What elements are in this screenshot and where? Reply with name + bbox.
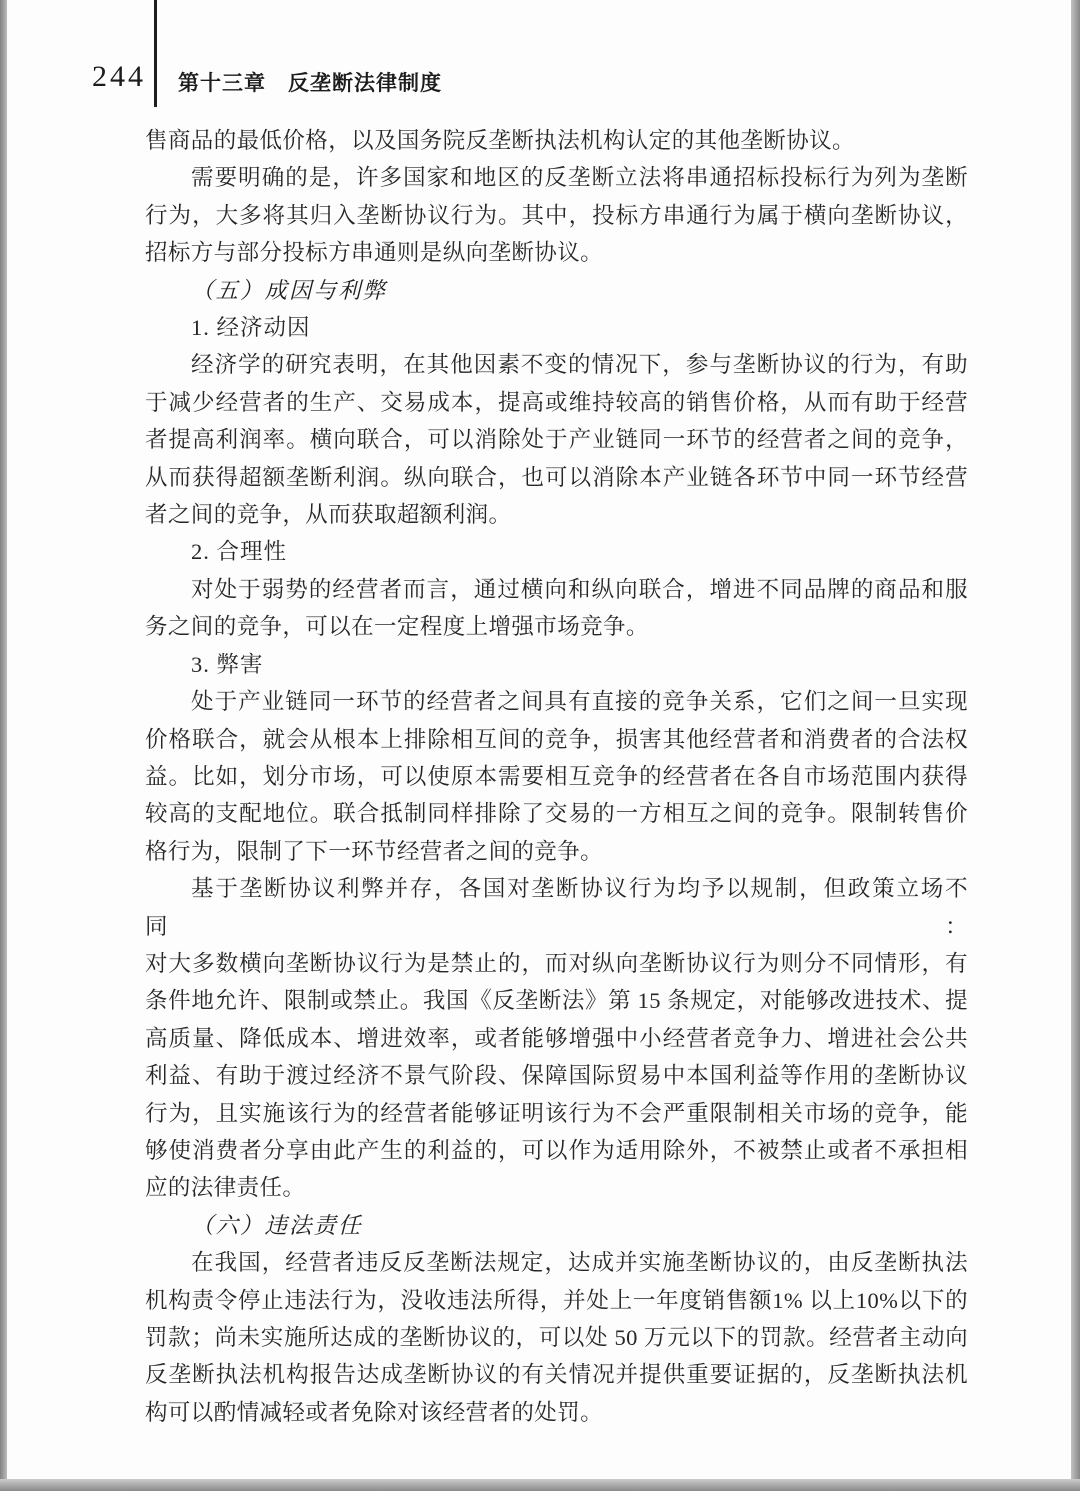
section-heading: 1. 经济动因 xyxy=(145,309,968,346)
text-line: 够使消费者分享由此产生的利益的，可以作为适用除外，不被禁止或者不承担相 xyxy=(145,1132,968,1169)
text-line: 行为，大多将其归入垄断协议行为。其中，投标方串通行为属于横向垄断协议， xyxy=(145,197,968,234)
text-line: 对处于弱势的经营者而言，通过横向和纵向联合，增进不同品牌的商品和服 xyxy=(145,571,968,608)
text-line: 反垄断执法机构报告达成垄断协议的有关情况并提供重要证据的，反垄断执法机 xyxy=(145,1356,968,1393)
text-line: 需要明确的是，许多国家和地区的反垄断立法将串通招标投标行为列为垄断 xyxy=(145,159,968,196)
text-line: 格行为，限制了下一环节经营者之间的竞争。 xyxy=(145,833,968,870)
text-line: 对大多数横向垄断协议行为是禁止的，而对纵向垄断协议行为则分不同情形，有 xyxy=(145,945,968,982)
text-line: 行为，且实施该行为的经营者能够证明该行为不会严重限制相关市场的竞争，能 xyxy=(145,1095,968,1132)
text-line: 从而获得超额垄断利润。纵向联合，也可以消除本产业链各环节中同一环节经营 xyxy=(145,459,968,496)
text-line: 招标方与部分投标方串通则是纵向垄断协议。 xyxy=(145,234,968,271)
text-line: 利益、有助于渡过经济不景气阶段、保障国际贸易中本国利益等作用的垄断协议 xyxy=(145,1057,968,1094)
text-line: 高质量、降低成本、增进效率，或者能够增强中小经营者竞争力、增进社会公共 xyxy=(145,1020,968,1057)
page-number: 244 xyxy=(92,60,146,94)
section-heading: （五）成因与利弊 xyxy=(145,272,968,309)
section-heading: （六）违法责任 xyxy=(145,1207,968,1244)
text-line: 基于垄断协议利弊并存，各国对垄断协议行为均予以规制，但政策立场不同： xyxy=(145,870,968,945)
scan-edge-left xyxy=(0,0,7,1491)
page-body: 售商品的最低价格，以及国务院反垄断执法机构认定的其他垄断协议。需要明确的是，许多… xyxy=(145,122,968,1431)
section-heading: 3. 弊害 xyxy=(145,646,968,683)
scan-edge-bottom xyxy=(0,1479,1080,1491)
scan-edge-right xyxy=(1071,0,1080,1491)
text-line: 罚款；尚未实施所达成的垄断协议的，可以处 50 万元以下的罚款。经营者主动向 xyxy=(145,1319,968,1356)
text-line: 价格联合，就会从根本上排除相互间的竞争，损害其他经营者和消费者的合法权 xyxy=(145,721,968,758)
chapter-title: 第十三章 反垄断法律制度 xyxy=(178,67,442,97)
book-page: 244 第十三章 反垄断法律制度 售商品的最低价格，以及国务院反垄断执法机构认定… xyxy=(0,0,1080,1491)
text-line: 机构责令停止违法行为，没收违法所得，并处上一年度销售额1% 以上10%以下的 xyxy=(145,1282,968,1319)
text-line: 于减少经营者的生产、交易成本，提高或维持较高的销售价格，从而有助于经营 xyxy=(145,384,968,421)
header-divider xyxy=(154,0,157,107)
text-line: 处于产业链同一环节的经营者之间具有直接的竞争关系，它们之间一旦实现 xyxy=(145,683,968,720)
text-line: 构可以酌情减轻或者免除对该经营者的处罚。 xyxy=(145,1394,968,1431)
text-line: 者提高利润率。横向联合，可以消除处于产业链同一环节的经营者之间的竞争， xyxy=(145,421,968,458)
text-line: 经济学的研究表明，在其他因素不变的情况下，参与垄断协议的行为，有助 xyxy=(145,346,968,383)
section-heading: 2. 合理性 xyxy=(145,533,968,570)
text-line: 务之间的竞争，可以在一定程度上增强市场竞争。 xyxy=(145,608,968,645)
text-line: 在我国，经营者违反反垄断法规定，达成并实施垄断协议的，由反垄断执法 xyxy=(145,1244,968,1281)
text-line: 者之间的竞争，从而获取超额利润。 xyxy=(145,496,968,533)
text-line: 条件地允许、限制或禁止。我国《反垄断法》第 15 条规定，对能够改进技术、提 xyxy=(145,982,968,1019)
text-line: 益。比如，划分市场，可以使原本需要相互竞争的经营者在各自市场范围内获得 xyxy=(145,758,968,795)
text-line: 应的法律责任。 xyxy=(145,1169,968,1206)
text-line: 较高的支配地位。联合抵制同样排除了交易的一方相互之间的竞争。限制转售价 xyxy=(145,795,968,832)
text-line: 售商品的最低价格，以及国务院反垄断执法机构认定的其他垄断协议。 xyxy=(145,122,968,159)
